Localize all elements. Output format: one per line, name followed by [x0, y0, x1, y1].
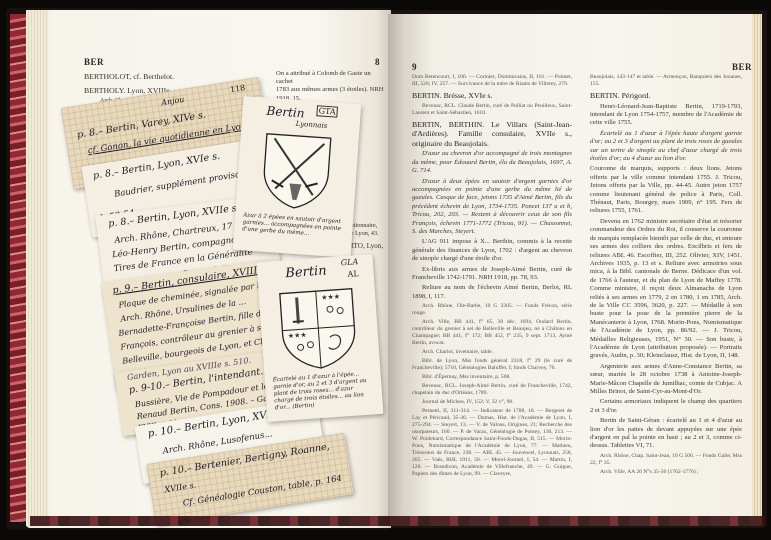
source-line: Arch. Ville, AA 26 N°s 35-36 (1762-1776)…: [590, 469, 742, 476]
perigord-body-4: Certains armoriaux indiquent le champ de…: [590, 398, 742, 415]
crest-card-title: Bertin: [285, 263, 327, 281]
perigord-body-1: Couronne de marquis, supports : deux lio…: [590, 165, 742, 215]
entry-bertin-berthin: BERTIN, BERTHIN. Le Villars (Saint-Jean-…: [412, 120, 572, 149]
source-line: Bibl. de Lyon, Mss fonds général 2318, f…: [412, 358, 572, 372]
ex-libris: Ex-libris aux armes de Joseph-Aimé Berti…: [412, 266, 572, 283]
svg-text:★★★: ★★★: [288, 331, 307, 340]
perigord-body-5: Bertin de Saint-Géran : écartelé au 1 et…: [590, 417, 742, 451]
source-line: Arch. Rhône, Chap. Saint-Jean, 10 G 506.…: [590, 453, 742, 467]
right-running-head: BER: [732, 62, 752, 72]
source-line: Arch. Ville, BB 441, f° 65, 30 déc. 1694…: [412, 319, 572, 347]
right-page-stack-edge: [752, 14, 762, 526]
perigord-body-3: Argenterie aux armes d'Anne-Constance Be…: [590, 363, 742, 397]
source-line: Bevenac, RCL. Joseph-Aimé Bertin, curé d…: [412, 383, 572, 397]
source-line: Bibl. d'Épernay, Mss inventaire, p. 568.: [412, 374, 572, 381]
crest-card-subtitle: Lyonnais: [295, 120, 327, 130]
svg-text:★★★: ★★★: [321, 293, 340, 302]
crest-card-quartered: Bertin GLA AL ★★★ ★★★ Écartelé au 1 d'az…: [257, 254, 384, 422]
crest-card-stamp: GLA: [340, 257, 358, 267]
crest-card-annotation: Écartelé au 1 d'azur à l'épée... garnie …: [273, 370, 375, 412]
crest-card-title: Bertin: [266, 104, 305, 121]
perigord-body-2: Devenu en 1762 ministre secrétaire d'éta…: [590, 218, 742, 361]
left-col2-line: On a attribué à Colomb de Gaste un cache…: [276, 70, 386, 86]
card-line: XVIIe s.: [164, 481, 197, 495]
ag-911: L'AG 911 impose à X... Berthin, commis à…: [412, 238, 572, 263]
blazon-aime: D'azur à deux épées en sautoir d'argent …: [412, 178, 572, 237]
crest-card-swords: Bertin GTA Lyonnais Azur à 2 épées en sa…: [233, 96, 361, 258]
source-line: Arch. Chariot, inventaire, table.: [412, 349, 572, 356]
coat-of-arms-swords-icon: [258, 130, 335, 213]
source-line: Arch. Rhône, l'Ile-Barbe, 10 G 3305. — F…: [412, 303, 572, 317]
card-number: 118: [229, 83, 246, 94]
card-line: Anjou: [161, 95, 186, 108]
entry-bertin-bresse: BERTIN. Brésse, XVIe s.: [412, 91, 572, 101]
left-running-head: BER: [84, 57, 104, 67]
right-page-number: 9: [412, 62, 417, 72]
perigord-blazon: Écartelé au 1 d'azur à l'épée haute d'ar…: [590, 130, 742, 164]
photo-scene: BER 8 BERTHOLOT, cf. Berthelot. BERTHOLY…: [0, 0, 771, 540]
col2-top-refs: Beaujolais, 143-147 et table. — Armençon…: [590, 74, 742, 88]
entry-bertin-perigord: BERTIN. Périgord.: [590, 91, 742, 101]
left-col2-line: 1783 aux mêmes armes (3 étoiles). NRH: [276, 86, 386, 94]
coat-of-arms-quartered-icon: ★★★ ★★★: [277, 285, 361, 372]
entry-bertin-bresse-body: Bevenac, RCL. Claude Bertin, curé de Pol…: [412, 103, 572, 117]
crest-card-code: AL: [347, 269, 359, 279]
source-line: Journal de Micheu, IV, 152; V, 32 v°, 90…: [412, 399, 572, 406]
perigord-intro: Henri-Léonard-Jean-Baptiste Bertin, 1719…: [590, 103, 742, 128]
crest-card-annotation: Azur à 2 épées en sautoir d'argent garni…: [242, 212, 345, 240]
col1-top-refs: Dom Betencourt, I, 106. — Cormier, Domin…: [412, 74, 572, 88]
left-page-number: 8: [375, 57, 380, 67]
source-line: Pernetti, II, 311-314. — Indicateur de 1…: [412, 408, 572, 478]
crest-card-stamp: GTA: [316, 105, 338, 117]
blazon-edouard: D'azur au chevron d'or accompagné de tro…: [412, 150, 572, 175]
reliure: Reliure au nom de l'échevin Aimé Bertin,…: [412, 284, 572, 301]
right-page-column-2: Beaujolais, 143-147 et table. — Armençon…: [590, 74, 742, 478]
left-entry-bertholot: BERTHOLOT, cf. Berthelot.: [84, 72, 174, 82]
right-page-column-1: Dom Betencourt, I, 106. — Cormier, Domin…: [412, 74, 572, 480]
book-bottom-edge: [30, 516, 765, 526]
left-page-stack-edge: [26, 10, 48, 526]
